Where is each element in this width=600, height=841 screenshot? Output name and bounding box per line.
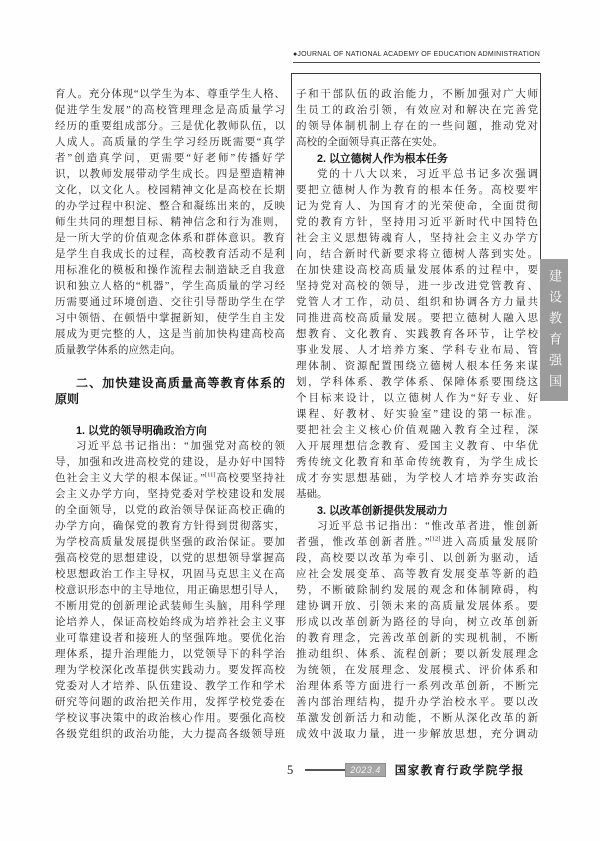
subsection-heading: 2. 以立德树人作为根本任务 [296,151,538,167]
text-line: 高校的全面领导真正落在实处。 [296,135,538,151]
text-line: 办学方向，确保党的教育方针得到贯彻落实， [55,519,285,535]
text-line: 人成人。高质量的学生学习经历既需要“真学 [55,135,285,151]
text-line: 习中领悟、在顿悟中掌握新知，使学生自主发 [55,311,285,327]
text-line: 校意识形态中的主导地位，用正确思想引导人， [55,583,285,599]
text-line: 各级党组织的政治功能，大力提高各级领导班 [55,727,285,743]
text-line: 质量教学体系的应然走向。 [55,343,285,359]
section-tab-label: 建设教育强国 [540,269,568,395]
citation-line: 者强，惟改革创新者胜。”[12]进入高质量发展阶 [296,535,538,551]
text-line: 子和干部队伍的政治能力，不断加强对广大师 [296,87,538,103]
text-line: 强高校党的思想建设，以党的思想领导掌握高 [55,551,285,567]
text-line: 推动组织、体系、流程创新；要以新发展理念 [296,647,538,663]
text-line: 势，不断破除制约发展的观念和体制障碍，构 [296,583,538,599]
text-segment: 进入高质量发展阶 [440,537,538,548]
text-segment: 者强，惟改革创新者胜。” [296,537,430,548]
text-line: 为统领，在发展理念、发展模式、评价体系和 [296,663,538,679]
text-line: 不断用党的创新理论武装师生头脑，用科学理 [55,599,285,615]
section-heading: 二、加快建设高质量高等教育体系的 [55,375,285,391]
spacer [55,359,285,375]
text-line: 课程、好教材、好实验室”建设的第一标准。 [296,407,538,423]
text-line: 理为学校深化改革提供实践动力。要发挥高校 [55,663,285,679]
text-line: 记为党育人、为国育才的光荣使命，全面贯彻 [296,199,538,215]
citation-ref: [12] [430,536,441,543]
text-line: 论培养人，保证高校始终成为培养社会主义事 [55,615,285,631]
left-column: 育人。充分体现“以学生为本、尊重学生人格、促进学生发展”的高校管理理念是高质量学… [55,87,285,743]
text-line: 治理体系等方面进行一系列改革创新，不断完 [296,679,538,695]
subsection-heading: 1. 以党的领导明确政治方向 [55,423,285,439]
text-line: 善内部治理结构，提升办学治校水平。要以改 [296,695,538,711]
text-line: 理体系，提升治理能力，以党领导下的科学治 [55,647,285,663]
text-line: 同推进高校高质量发展。要把立德树人融入思 [296,311,538,327]
issue-badge: 2023.4 [345,763,386,777]
text-line: 文化，以文化人。校园精神文化是高校在长期 [55,183,285,199]
text-line: 校思想政治工作主导权，巩固马克思主义在高 [55,567,285,583]
text-line: 导，加强和改进高校党的建设，是办好中国特 [55,455,285,471]
section-heading: 原则 [55,391,285,407]
text-line: 党委对人才培养、队伍建设、教学工作和学术 [55,679,285,695]
text-line: 划，学科体系、教学体系、保障体系要围绕这 [296,375,538,391]
text-line: 成才夯实思想基础，为学校人才培养夯实政治 [296,471,538,487]
page-number: 5 [287,763,293,778]
page-footer: 5 2023.4 国家教育行政学院学报 [287,761,525,779]
text-line: 习近平总书记指出：“加强党对高校的领 [55,439,285,455]
text-line: 的办学过程中积淀、整合和凝练出来的，反映 [55,199,285,215]
text-line: 社会主义思想铸魂育人，坚持社会主义办学方 [296,231,538,247]
text-line: 党的教育方针，坚持用习近平新时代中国特色 [296,215,538,231]
text-line: 用标准化的模板和操作流程去制造缺乏自我意 [55,263,285,279]
text-line: 育人。充分体现“以学生为本、尊重学生人格、 [55,87,285,103]
text-line: 学校议事决策中的政治核心作用。要强化高校 [55,711,285,727]
right-column: 子和干部队伍的政治能力，不断加强对广大师生员工的政治引领，有效应对和解决在完善党… [296,87,538,743]
text-line: 党管人才工作，动员、组织和协调各方力量共 [296,295,538,311]
text-line: 应社会发展变革、高等教育发展变革等新的趋 [296,567,538,583]
journal-page: ●JOURNAL OF NATIONAL ACADEMY OF EDUCATIO… [0,0,600,841]
text-line: 秀传统文化教育和革命传统教育，为学生成长 [296,455,538,471]
text-line: 生员工的政治引领，有效应对和解决在完善党 [296,103,538,119]
text-line: 党的十八大以来，习近平总书记多次强调 [296,167,538,183]
journal-name-zh: 国家教育行政学院学报 [395,762,525,778]
text-line: 促进学生发展”的高校管理理念是高质量学习 [55,103,285,119]
text-line: 基础。 [296,487,538,503]
text-line: 理体制、资源配置围绕立德树人根本任务来谋 [296,359,538,375]
text-line: 段，高校要以改革为牵引、以创新为驱动，适 [296,551,538,567]
text-line: 事业发展、人才培养方案、学科专业布局、管 [296,343,538,359]
text-line: 是一所大学的价值观念体系和群体意识。教育 [55,231,285,247]
text-line: 业可靠建设者和接班人的坚强阵地。要优化治 [55,631,285,647]
text-line: 想教育、文化教育、实践教育各环节，让学校 [296,327,538,343]
text-line: 识，以教师发展带动学生成长。四是塑造精神 [55,167,285,183]
text-line: 历需要通过环境创造、交往引导帮助学生在学 [55,295,285,311]
text-line: 在加快建设高校高质量发展体系的过程中，要 [296,263,538,279]
text-line: 的领导体制机制上存在的一些问题，推动党对 [296,119,538,135]
footer-rule [305,769,345,771]
citation-ref: [11] [205,472,216,479]
text-line: 是学生自我成长的过程，高校教育活动不是利 [55,247,285,263]
text-line: 建协调开放、引领未来的高质量发展体系。要 [296,599,538,615]
text-line: 会主义办学方向，坚持党委对学校建设和发展 [55,487,285,503]
text-line: 要把立德树人作为教育的根本任务。高校要牢 [296,183,538,199]
text-line: 识和独立人格的“机器”，学生高质量的学习经 [55,279,285,295]
subsection-heading: 3. 以改革创新提供发展动力 [296,503,538,519]
text-line: 习近平总书记指出：“惟改革者进，惟创新 [296,519,538,535]
text-line: 师生共同的理想目标、精神信念和行为准则， [55,215,285,231]
section-tab: 建设教育强国 [540,259,568,401]
text-line: 入开展理想信念教育、爱国主义教育、中华优 [296,439,538,455]
header-rule [293,62,540,63]
text-line: 的教育理念，完善改革创新的实现机制，不断 [296,631,538,647]
text-segment: 色社会主义大学的根本保证。” [55,473,205,484]
text-line: 个目标来设计，以立德树人作为“好专业、好 [296,391,538,407]
text-line: 革激发创新活力和动能，不断从深化改革的新 [296,711,538,727]
text-segment: 高校要坚持社 [216,473,285,484]
text-line: 经历的重要组成部分。三是优化教师队伍，以 [55,119,285,135]
text-line: 的全面领导，以党的政治领导保证高校正确的 [55,503,285,519]
citation-line: 色社会主义大学的根本保证。”[11]高校要坚持社 [55,471,285,487]
spacer [55,407,285,423]
text-line: 要把社会主义核心价值观融入教育全过程，深 [296,423,538,439]
text-line: 向，结合新时代新要求将立德树人落到实处。 [296,247,538,263]
text-line: 成效中汲取力量，进一步解放思想，充分调动 [296,727,538,743]
text-line: 者”创造真学问，更需要“好老师”传播好学 [55,151,285,167]
text-line: 研究等问题的政治把关作用，发挥学校党委在 [55,695,285,711]
text-line: 展成为更完整的人，这是当前加快构建高校高 [55,327,285,343]
text-line: 形成以改革创新为路径的导向，树立改革创新 [296,615,538,631]
text-line: 为学校高质量发展提供坚强的政治保证。要加 [55,535,285,551]
text-line: 坚持党对高校的领导，进一步改进党管教育、 [296,279,538,295]
journal-name-en: ●JOURNAL OF NATIONAL ACADEMY OF EDUCATIO… [293,51,539,58]
